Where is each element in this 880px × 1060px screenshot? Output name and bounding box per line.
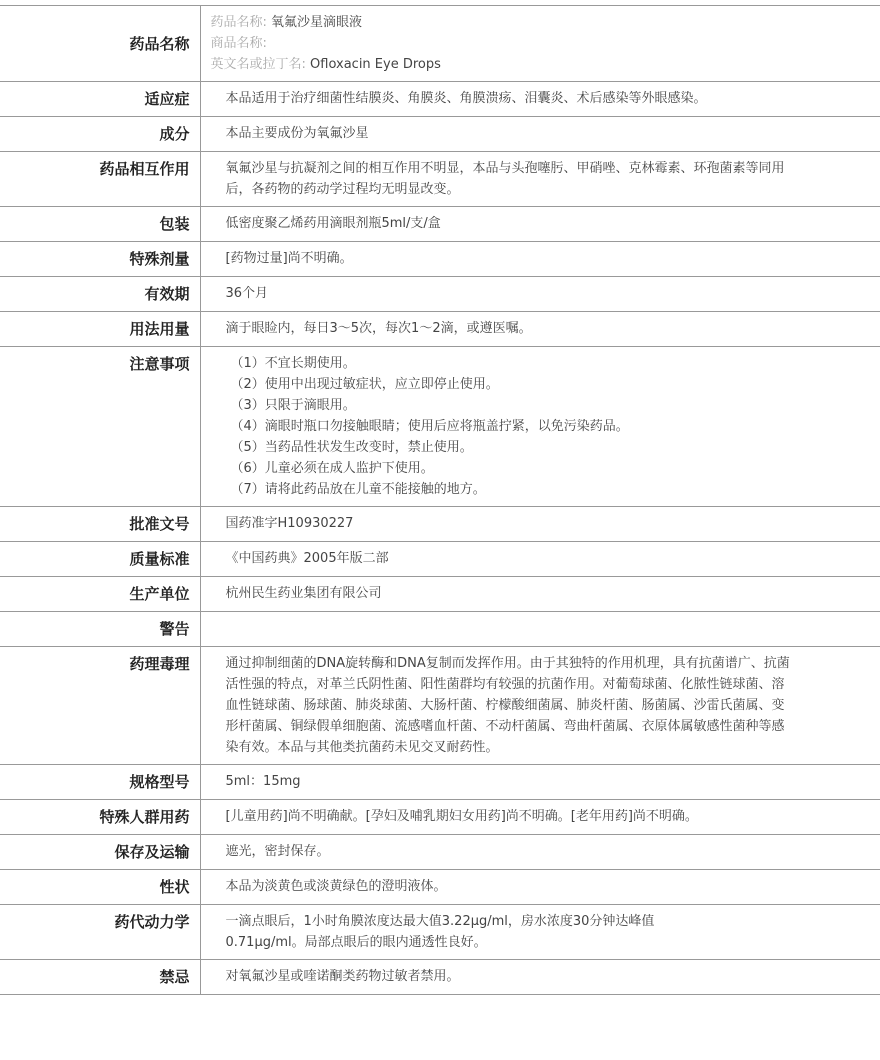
label-approval-number: 批准文号 (0, 507, 200, 542)
label-interactions: 药品相互作用 (0, 152, 200, 207)
row-quality-standard: 质量标准 《中国药典》2005年版二部 (0, 542, 880, 577)
precaution-item: （3）只限于滴眼用。 (226, 395, 871, 416)
label-pharmacology: 药理毒理 (0, 647, 200, 765)
value-special-populations: [儿童用药]尚不明确献。[孕妇及哺乳期妇女用药]尚不明确。[老年用药]尚不明确。 (200, 800, 880, 835)
pharmacokinetics-text: 一滴点眼后，1小时角膜浓度达最大值3.22μg/ml，房水浓度30分钟达峰值0.… (226, 911, 726, 953)
row-interactions: 药品相互作用 氧氟沙星与抗凝剂之间的相互作用不明显，本品与头孢噻肟、甲硝唑、克林… (0, 152, 880, 207)
value-pharmacology: 通过抑制细菌的DNA旋转酶和DNA复制而发挥作用。由于其独特的作用机理，具有抗菌… (200, 647, 880, 765)
value-storage: 遮光，密封保存。 (200, 835, 880, 870)
english-name-value: Ofloxacin Eye Drops (310, 57, 441, 72)
value-shelf-life: 36个月 (200, 277, 880, 312)
interactions-text: 氧氟沙星与抗凝剂之间的相互作用不明显，本品与头孢噻肟、甲硝唑、克林霉素、环孢菌素… (226, 158, 791, 200)
precaution-item: （1）不宜长期使用。 (226, 353, 871, 374)
row-warning: 警告 (0, 612, 880, 647)
value-specification: 5ml：15mg (200, 765, 880, 800)
pharmacology-text: 通过抑制细菌的DNA旋转酶和DNA复制而发挥作用。由于其独特的作用机理，具有抗菌… (226, 653, 791, 758)
label-pharmacokinetics: 药代动力学 (0, 905, 200, 960)
value-packaging: 低密度聚乙烯药用滴眼剂瓶5ml/支/盒 (200, 207, 880, 242)
value-approval-number: 国药准字H10930227 (200, 507, 880, 542)
row-drug-name: 药品名称 药品名称: 氧氟沙星滴眼液 商品名称: 英文名或拉丁名: Ofloxa… (0, 6, 880, 82)
label-appearance: 性状 (0, 870, 200, 905)
label-indications: 适应症 (0, 82, 200, 117)
row-packaging: 包装 低密度聚乙烯药用滴眼剂瓶5ml/支/盒 (0, 207, 880, 242)
english-name-label: 英文名或拉丁名: (211, 57, 306, 72)
label-drug-name: 药品名称 (0, 6, 200, 82)
row-precautions: 注意事项 （1）不宜长期使用。 （2）使用中出现过敏症状，应立即停止使用。 （3… (0, 347, 880, 507)
value-interactions: 氧氟沙星与抗凝剂之间的相互作用不明显，本品与头孢噻肟、甲硝唑、克林霉素、环孢菌素… (200, 152, 880, 207)
value-pharmacokinetics: 一滴点眼后，1小时角膜浓度达最大值3.22μg/ml，房水浓度30分钟达峰值0.… (200, 905, 880, 960)
row-approval-number: 批准文号 国药准字H10930227 (0, 507, 880, 542)
value-warning (200, 612, 880, 647)
trade-name-label: 商品名称: (211, 36, 267, 51)
label-special-dosage: 特殊剂量 (0, 242, 200, 277)
label-shelf-life: 有效期 (0, 277, 200, 312)
precaution-item: （7）请将此药品放在儿童不能接触的地方。 (226, 479, 871, 500)
value-manufacturer: 杭州民生药业集团有限公司 (200, 577, 880, 612)
value-dosage: 滴于眼睑内，每日3～5次，每次1～2滴，或遵医嘱。 (200, 312, 880, 347)
row-specification: 规格型号 5ml：15mg (0, 765, 880, 800)
label-specification: 规格型号 (0, 765, 200, 800)
row-indications: 适应症 本品适用于治疗细菌性结膜炎、角膜炎、角膜溃疡、泪囊炎、术后感染等外眼感染… (0, 82, 880, 117)
precaution-item: （5）当药品性状发生改变时，禁止使用。 (226, 437, 871, 458)
row-pharmacokinetics: 药代动力学 一滴点眼后，1小时角膜浓度达最大值3.22μg/ml，房水浓度30分… (0, 905, 880, 960)
label-ingredients: 成分 (0, 117, 200, 152)
label-special-populations: 特殊人群用药 (0, 800, 200, 835)
row-ingredients: 成分 本品主要成份为氧氟沙星 (0, 117, 880, 152)
row-shelf-life: 有效期 36个月 (0, 277, 880, 312)
value-quality-standard: 《中国药典》2005年版二部 (200, 542, 880, 577)
precaution-item: （4）滴眼时瓶口勿接触眼睛；使用后应将瓶盖拧紧，以免污染药品。 (226, 416, 871, 437)
label-quality-standard: 质量标准 (0, 542, 200, 577)
row-contraindications: 禁忌 对氧氟沙星或喹诺酮类药物过敏者禁用。 (0, 960, 880, 995)
row-special-dosage: 特殊剂量 [药物过量]尚不明确。 (0, 242, 880, 277)
label-packaging: 包装 (0, 207, 200, 242)
value-special-dosage: [药物过量]尚不明确。 (200, 242, 880, 277)
value-indications: 本品适用于治疗细菌性结膜炎、角膜炎、角膜溃疡、泪囊炎、术后感染等外眼感染。 (200, 82, 880, 117)
value-contraindications: 对氧氟沙星或喹诺酮类药物过敏者禁用。 (200, 960, 880, 995)
row-special-populations: 特殊人群用药 [儿童用药]尚不明确献。[孕妇及哺乳期妇女用药]尚不明确。[老年用… (0, 800, 880, 835)
row-storage: 保存及运输 遮光，密封保存。 (0, 835, 880, 870)
label-manufacturer: 生产单位 (0, 577, 200, 612)
row-dosage: 用法用量 滴于眼睑内，每日3～5次，每次1～2滴，或遵医嘱。 (0, 312, 880, 347)
row-pharmacology: 药理毒理 通过抑制细菌的DNA旋转酶和DNA复制而发挥作用。由于其独特的作用机理… (0, 647, 880, 765)
label-warning: 警告 (0, 612, 200, 647)
row-manufacturer: 生产单位 杭州民生药业集团有限公司 (0, 577, 880, 612)
drug-spec-table: 药品名称 药品名称: 氧氟沙星滴眼液 商品名称: 英文名或拉丁名: Ofloxa… (0, 5, 880, 995)
label-storage: 保存及运输 (0, 835, 200, 870)
value-precautions: （1）不宜长期使用。 （2）使用中出现过敏症状，应立即停止使用。 （3）只限于滴… (200, 347, 880, 507)
value-drug-name: 药品名称: 氧氟沙星滴眼液 商品名称: 英文名或拉丁名: Ofloxacin E… (200, 6, 880, 82)
label-contraindications: 禁忌 (0, 960, 200, 995)
row-appearance: 性状 本品为淡黄色或淡黄绿色的澄明液体。 (0, 870, 880, 905)
label-precautions: 注意事项 (0, 347, 200, 507)
warning-text (226, 618, 871, 639)
precaution-item: （2）使用中出现过敏症状，应立即停止使用。 (226, 374, 871, 395)
precaution-item: （6）儿童必须在成人监护下使用。 (226, 458, 871, 479)
value-ingredients: 本品主要成份为氧氟沙星 (200, 117, 880, 152)
generic-name-value: 氧氟沙星滴眼液 (271, 15, 362, 30)
generic-name-label: 药品名称: (211, 15, 267, 30)
label-dosage: 用法用量 (0, 312, 200, 347)
value-appearance: 本品为淡黄色或淡黄绿色的澄明液体。 (200, 870, 880, 905)
